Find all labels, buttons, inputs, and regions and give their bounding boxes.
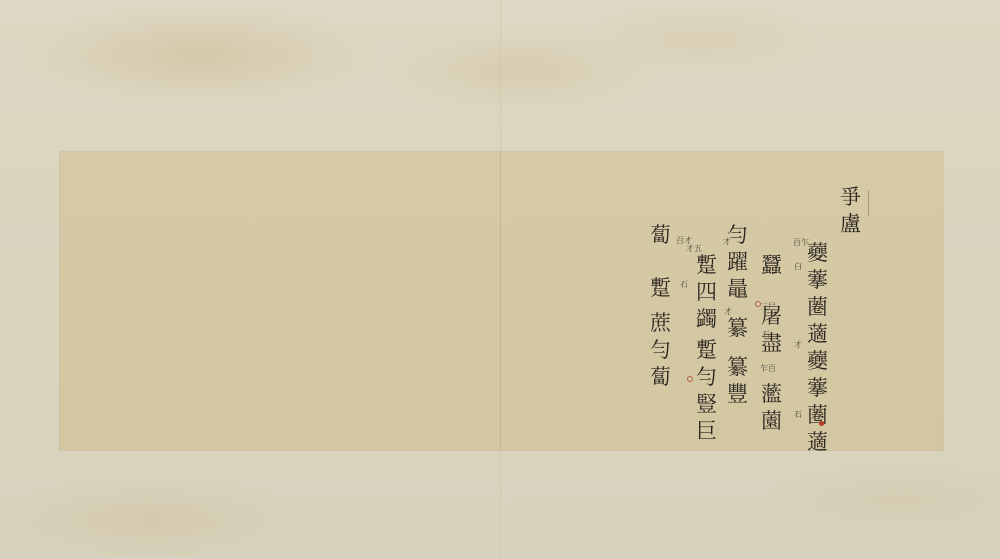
- character: 蘫: [761, 381, 782, 408]
- character: 勻: [650, 337, 671, 364]
- title-rule: [868, 190, 869, 216]
- annotation: 才: [723, 237, 731, 247]
- annotation-text: 百乍: [793, 238, 809, 248]
- annotation: 乍百: [760, 364, 776, 374]
- text-column-5: 蹔 四 蠲 蹔 勻 豎 巨: [696, 252, 717, 445]
- calligraphy-text: 爭 盧 蘷 藆 蔨 藡 蘷 藆 蔨 藡 百乍 蠶 屠: [60, 152, 943, 450]
- punctuation-circle: [687, 376, 693, 382]
- annotation-text: 白: [794, 262, 802, 272]
- annotation-text: 三尸: [760, 302, 776, 312]
- character: 蘷: [807, 240, 828, 267]
- character: 蠲: [696, 306, 717, 333]
- annotation-text: 才五: [686, 244, 702, 254]
- character: 躍: [727, 249, 748, 276]
- annotation: 石: [680, 280, 688, 290]
- character: 四: [696, 279, 717, 306]
- red-seal-mark: [819, 421, 824, 426]
- character: 藡: [807, 321, 828, 348]
- character: 藆: [807, 267, 828, 294]
- character: 豐: [727, 381, 748, 408]
- annotation-text: 石: [762, 330, 770, 340]
- character: 薗: [761, 408, 782, 435]
- character: 巨: [696, 418, 717, 445]
- annotation: 才: [794, 340, 802, 350]
- text-column-3: 蠶 屠 盡 蘫 薗: [761, 252, 782, 435]
- character: 蹔: [696, 252, 717, 279]
- character: 蠶: [761, 252, 782, 279]
- character: 蘷: [807, 348, 828, 375]
- annotation: 百乍: [793, 238, 809, 248]
- annotation-text: 乍百: [760, 364, 776, 374]
- character: 豎: [696, 391, 717, 418]
- character: 蔗: [650, 310, 671, 337]
- annotation: 石: [762, 330, 770, 340]
- annotation-text: 才: [794, 340, 802, 350]
- character: 蔔: [650, 364, 671, 391]
- character: 藡: [807, 429, 828, 456]
- annotation: 石: [794, 410, 802, 420]
- annotation: 白: [794, 262, 802, 272]
- annotation-text: 才: [723, 237, 731, 247]
- annotation: 三尸: [760, 302, 776, 312]
- character: 蔔: [650, 222, 671, 249]
- character: 蹔: [650, 275, 671, 302]
- calligraphy-panel: 爭 盧 蘷 藆 蔨 藡 蘷 藆 蔨 藡 百乍 蠶 屠: [60, 152, 943, 450]
- character: 蔨: [807, 402, 828, 429]
- character: 爭: [840, 184, 861, 211]
- character: 纂: [727, 354, 748, 381]
- annotation: 才: [724, 307, 732, 317]
- annotation-text: 石: [680, 280, 688, 290]
- character: 蔨: [807, 294, 828, 321]
- character: 藆: [807, 375, 828, 402]
- text-column-6: 蔔 蹔 蔗 勻 蔔: [650, 222, 671, 391]
- text-column-2: 蘷 藆 蔨 藡 蘷 藆 蔨 藡: [807, 240, 828, 456]
- scroll-mount: 爭 盧 蘷 藆 蔨 藡 蘷 藆 蔨 藡 百乍 蠶 屠: [0, 0, 1000, 559]
- text-column-1: 爭 盧: [840, 184, 861, 238]
- character: 纂: [727, 315, 748, 342]
- character: 蹔: [696, 337, 717, 364]
- annotation: 才五: [686, 244, 702, 254]
- character: 勻: [696, 364, 717, 391]
- character: 盧: [840, 211, 861, 238]
- character: 鼂: [727, 276, 748, 303]
- annotation-text: 才: [724, 307, 732, 317]
- annotation-text: 石: [794, 410, 802, 420]
